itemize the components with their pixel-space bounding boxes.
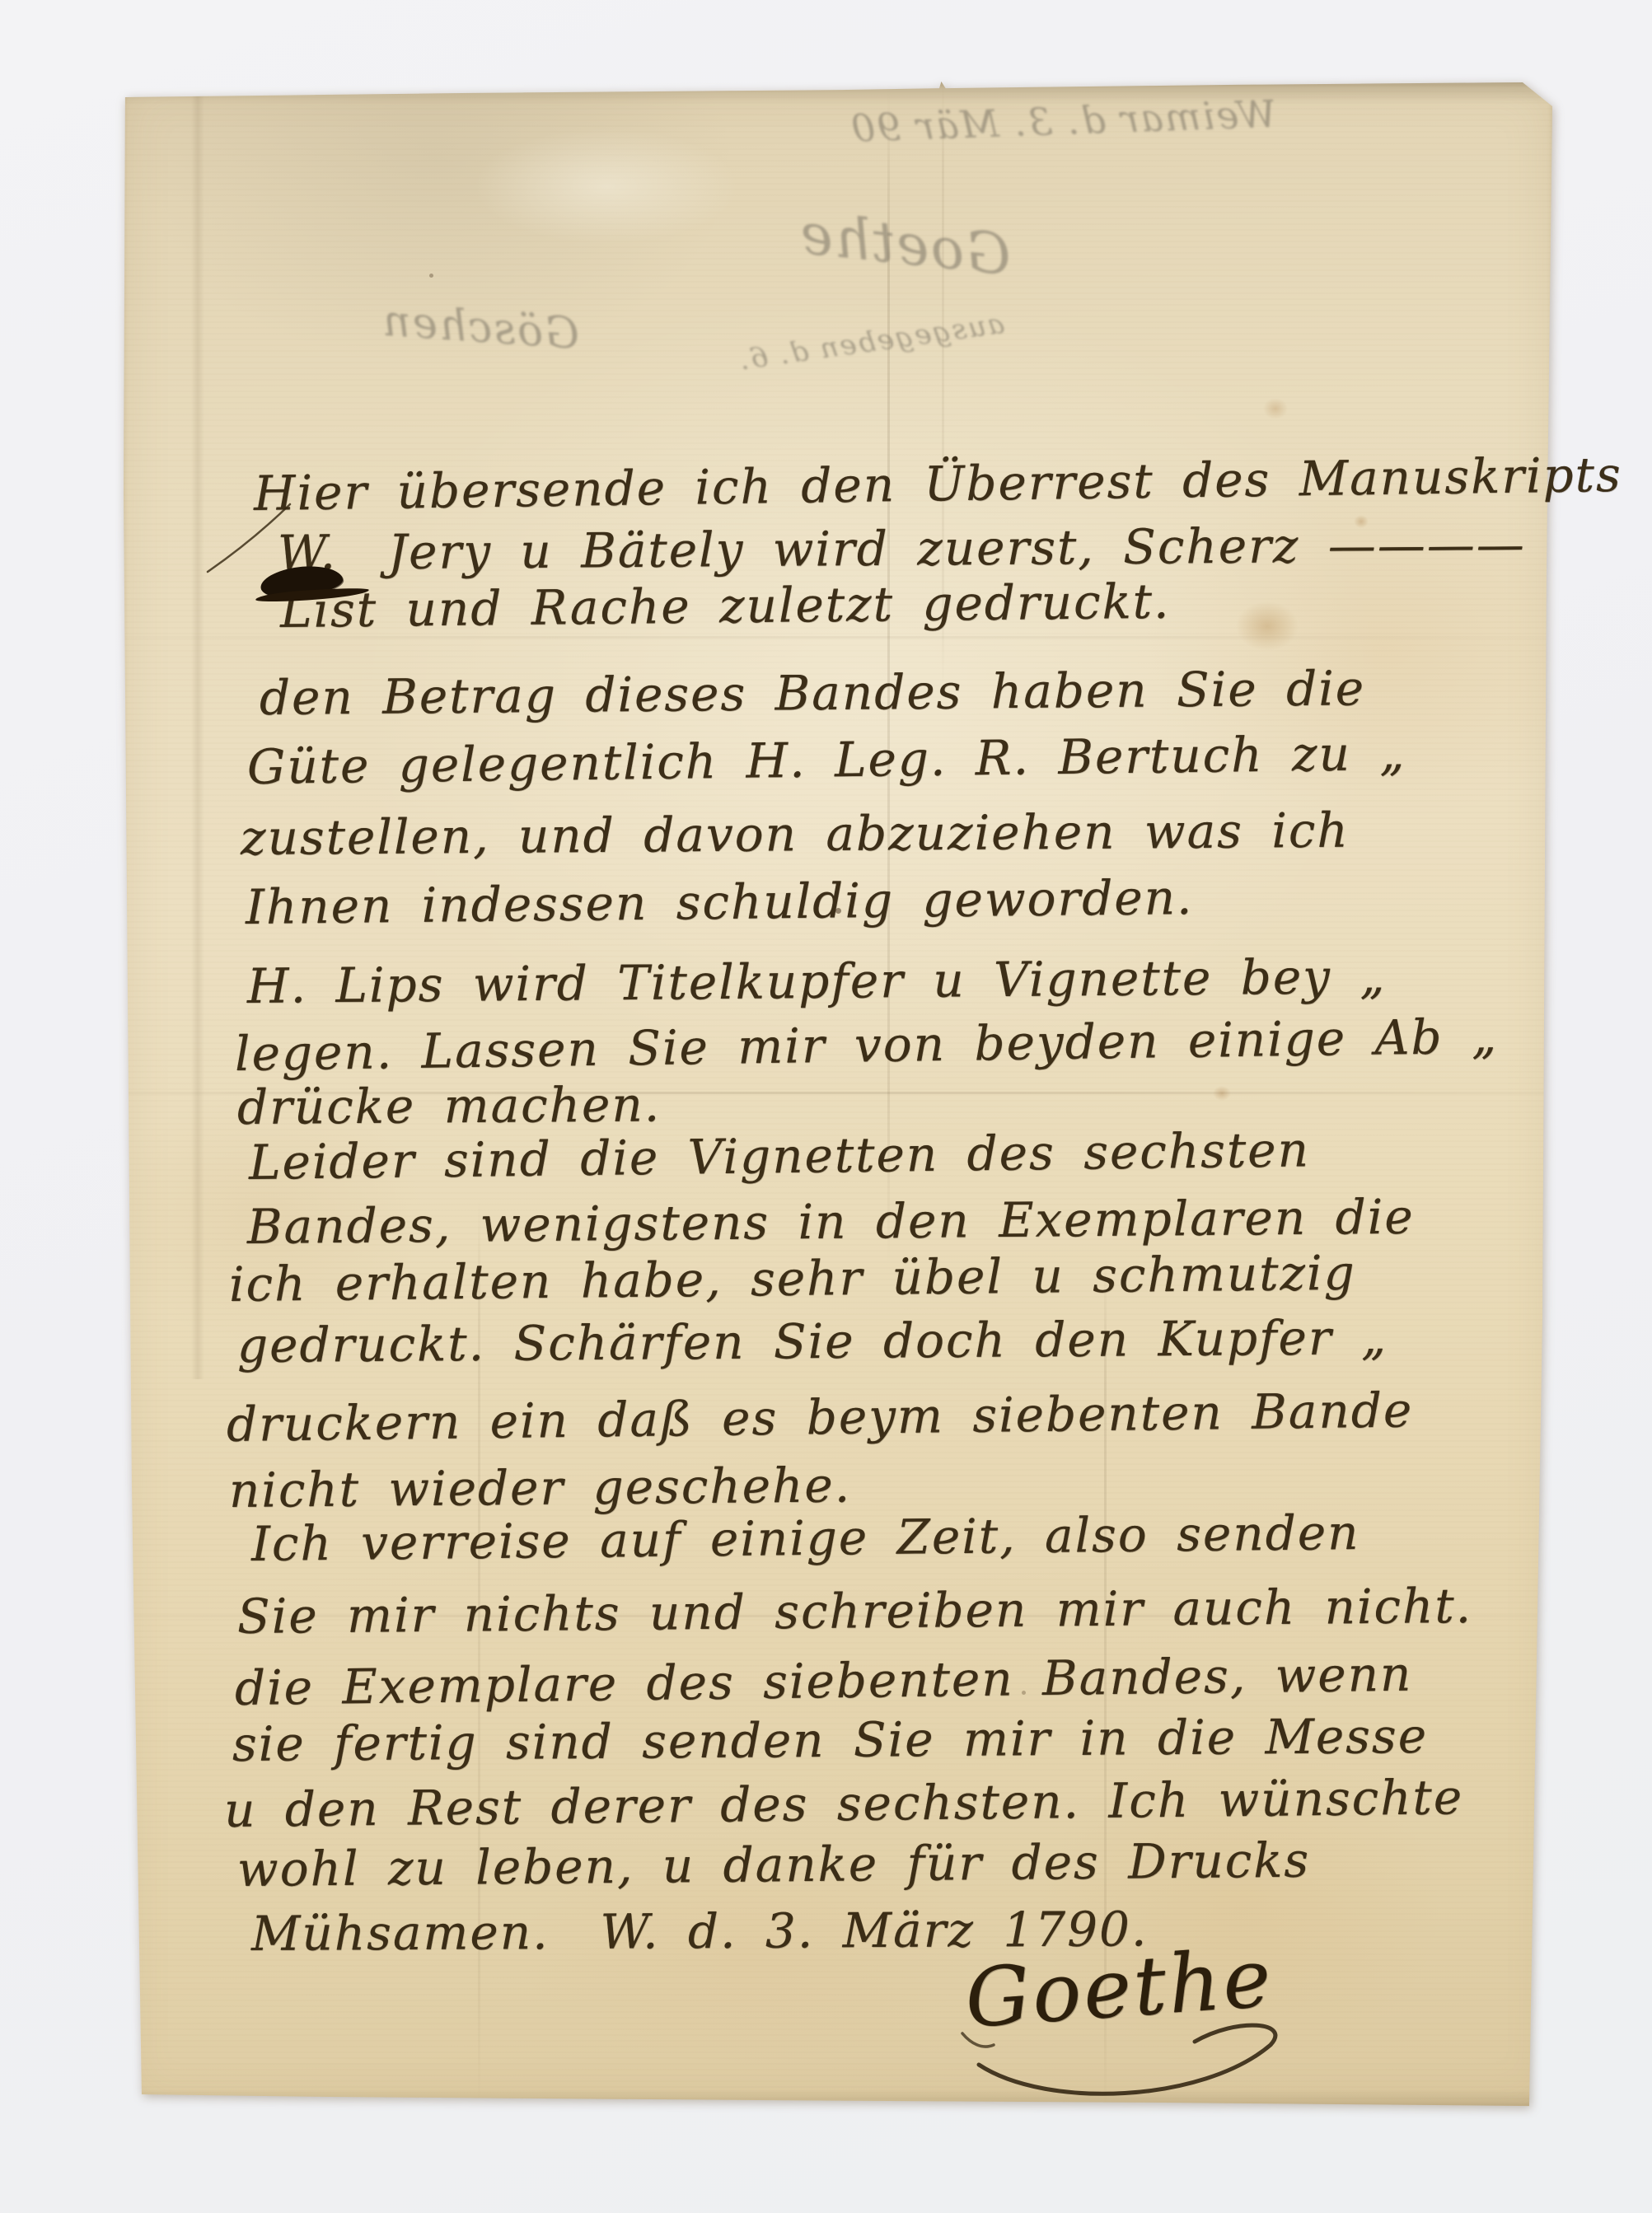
letter-line: gedruckt. Schärfen Sie doch den Kupfer „	[237, 1313, 1388, 1369]
letter-line: druckern ein daß es beym siebenten Bande	[227, 1386, 1414, 1448]
letter-line: Güte gelegentlich H. Leg. R. Bertuch zu …	[247, 729, 1406, 791]
letter-line: Bandes, wenigstens in den Exemplaren die	[247, 1193, 1415, 1251]
letter-line: legen. Lassen Sie mir von beyden einige …	[235, 1013, 1499, 1078]
letter-line: W. Jery u Bätely wird zuerst, Scherz ———…	[278, 520, 1526, 577]
letter-line: nicht wieder geschehe.	[229, 1461, 852, 1514]
letter-line: Ihnen indessen schuldig geworden.	[246, 873, 1194, 931]
letter-line: H. Lips wird Titelkupfer u Vignette bey …	[247, 952, 1387, 1010]
letter-line: sie fertig sind senden Sie mir in die Me…	[232, 1712, 1428, 1768]
scan-background: Weimar d. 3. Mär 90GöschenGoetheausgegeb…	[0, 0, 1652, 2213]
letter-line: u den Rest derer des sechsten. Ich wünsc…	[224, 1773, 1464, 1834]
letter-body: Hier übersende ich den Überrest des Manu…	[0, 0, 1652, 2213]
letter-line: die Exemplare des siebenten Bandes, wenn	[235, 1650, 1413, 1712]
letter-line: ich erhalten habe, sehr übel u schmutzig	[229, 1249, 1356, 1308]
letter-line: Hier übersende ich den Überrest des Manu…	[254, 451, 1623, 517]
letter-line: Leider sind die Vignetten des sechsten	[249, 1125, 1311, 1186]
signature-text: Goethe	[963, 1938, 1276, 2040]
letter-line: Ich verreise auf einige Zeit, also sende…	[251, 1509, 1360, 1568]
letter-line: wohl zu leben, u danke für des Drucks	[237, 1836, 1311, 1893]
letter-line: den Betrag dieses Bandes haben Sie die	[260, 664, 1366, 722]
letter-line: Sie mir nichts und schreiben mir auch ni…	[237, 1582, 1473, 1640]
letter-line: zustellen, und davon abzuziehen was ich	[241, 807, 1350, 862]
letter-line: drücke machen.	[237, 1080, 662, 1131]
letter-line: List und Rache zuletzt gedruckt.	[280, 578, 1171, 634]
